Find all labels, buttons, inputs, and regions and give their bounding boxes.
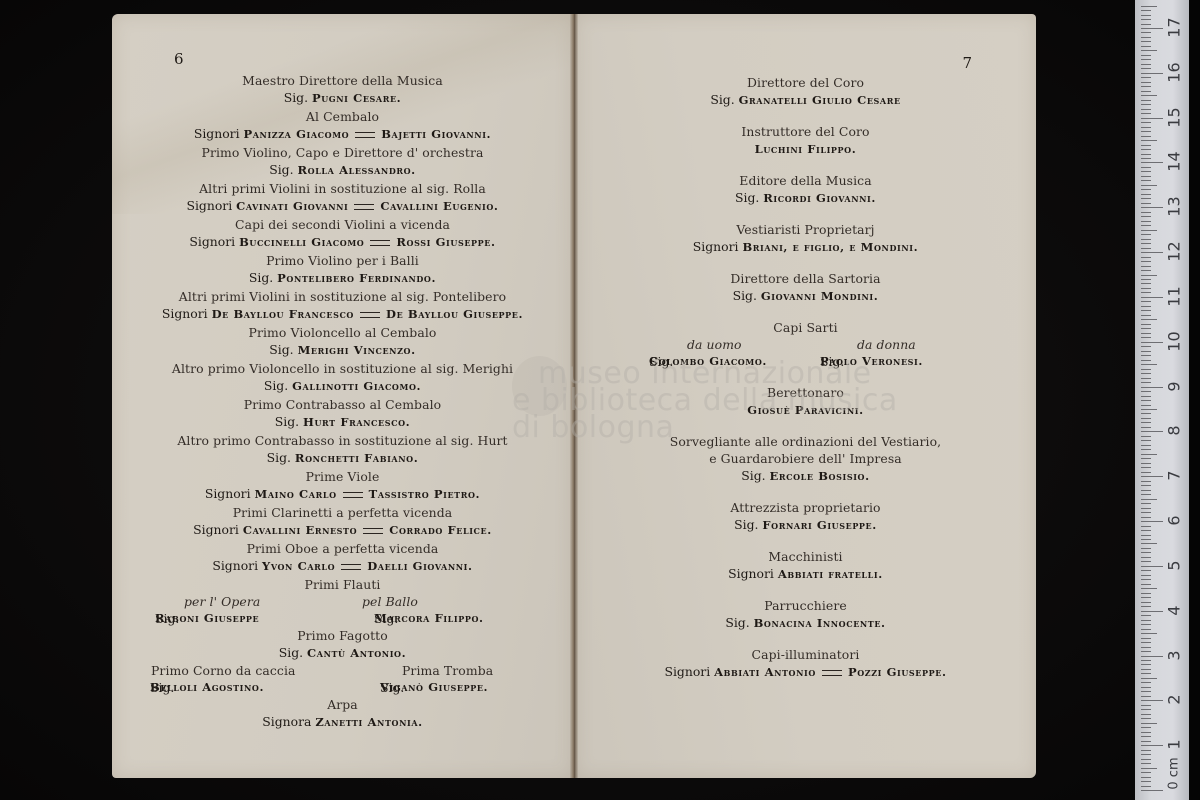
ruler-tick <box>1141 180 1151 181</box>
staff-role: Direttore del Coro <box>575 74 1036 91</box>
staff-entry: Capi dei secondi Violini a vicendaSignor… <box>112 216 573 251</box>
ruler-tick <box>1141 602 1151 603</box>
page-number: 7 <box>962 54 972 72</box>
ruler-tick <box>1141 136 1151 137</box>
ruler-tick <box>1141 279 1151 280</box>
ruler-tick <box>1141 239 1151 240</box>
staff-name-line: Signori Abbiati AntonioPozzi Giuseppe. <box>575 663 1036 681</box>
ruler-tick <box>1141 431 1163 432</box>
ruler-edge <box>1189 0 1200 800</box>
ruler-tick <box>1141 638 1151 639</box>
staff-name-line: Sig. Pugni Cesare. <box>112 89 573 107</box>
staff-name: Ricordi Giovanni. <box>763 191 876 205</box>
ruler-tick <box>1141 19 1151 20</box>
staff-name: Colombo Giacomo. <box>649 353 767 370</box>
staff-name: Pozzi Giuseppe. <box>848 665 947 679</box>
ruler-tick <box>1141 185 1157 186</box>
staff-role: Primo Fagotto <box>112 627 573 644</box>
ruler-tick <box>1141 543 1157 544</box>
ruler-tick <box>1141 162 1163 163</box>
staff-name-line: Signori Cavinati GiovanniCavallini Eugen… <box>112 197 573 215</box>
staff-name: Cantù Antonio. <box>307 646 406 660</box>
staff-entry: Primo Contrabasso al CembaloSig. Hurt Fr… <box>112 396 573 431</box>
ruler-tick <box>1141 485 1151 486</box>
staff-role: Altro primo Contrabasso in sostituzione … <box>112 432 573 449</box>
ruler-tick <box>1141 458 1151 459</box>
staff-name: Yvon Carlo <box>262 559 335 573</box>
staff-role: Attrezzista proprietario <box>575 499 1036 516</box>
ruler-tick <box>1141 131 1151 132</box>
ruler-tick <box>1141 436 1151 437</box>
staff-name-line: Sig. Merighi Vincenzo. <box>112 341 573 359</box>
ruler-tick <box>1141 682 1151 683</box>
ruler-tick <box>1141 77 1151 78</box>
ruler-tick <box>1141 59 1151 60</box>
staff-name: Luchini Filippo. <box>755 142 857 156</box>
double-dash-separator <box>363 528 383 534</box>
staff-name: Cavallini Eugenio. <box>380 199 498 213</box>
staff-name: Gallinotti Giacomo. <box>292 379 421 393</box>
ruler-tick <box>1141 539 1151 540</box>
ruler-tick <box>1141 127 1151 128</box>
ruler-tick <box>1141 301 1151 302</box>
staff-name: Panizza Giacomo <box>243 127 349 141</box>
staff-entry: Vestiaristi ProprietarjSignori Briani, e… <box>575 221 1036 256</box>
staff-name: Pontelibero Ferdinando. <box>277 271 436 285</box>
staff-role: Prime Viole <box>112 468 573 485</box>
ruler-tick <box>1141 68 1151 69</box>
staff-name-line: Sig. Pontelibero Ferdinando. <box>112 269 573 287</box>
staff-entry: Primo Violino per i BalliSig. Ponteliber… <box>112 252 573 287</box>
ruler-tick <box>1141 225 1151 226</box>
staff-name: Briani, e figlio, e Mondini. <box>742 240 918 254</box>
ruler-tick <box>1141 400 1151 401</box>
ruler-tick <box>1141 243 1151 244</box>
ruler-tick <box>1141 413 1151 414</box>
flute-labels-right: pel Ballo <box>362 593 418 610</box>
staff-name: De Bayllou Giuseppe. <box>386 307 523 321</box>
ruler-tick <box>1141 777 1151 778</box>
ruler-tick <box>1141 109 1151 110</box>
double-dash-separator <box>354 204 374 210</box>
name-prefix: Signori <box>162 306 212 321</box>
ruler-label: 13 <box>1165 196 1184 218</box>
ruler-tick <box>1141 360 1151 361</box>
ruler-tick <box>1141 207 1163 208</box>
ruler-tick <box>1141 319 1157 320</box>
ruler-tick <box>1141 167 1151 168</box>
staff-entry: Altro primo Contrabasso in sostituzione … <box>112 432 573 467</box>
ruler-tick <box>1141 526 1151 527</box>
ruler-tick <box>1141 723 1157 724</box>
staff-role: Berettonaro <box>575 384 1036 401</box>
ruler-tick <box>1141 427 1151 428</box>
staff-entry: Prime VioleSignori Maino CarloTassistro … <box>112 468 573 503</box>
ruler-tick <box>1141 409 1157 410</box>
staff-entry: Instruttore del CoroLuchini Filippo. <box>575 123 1036 158</box>
staff-name-line: Sig. Giovanni Mondini. <box>575 287 1036 305</box>
ruler-tick <box>1141 768 1157 769</box>
staff-name-line: Sig. Ronchetti Fabiano. <box>112 449 573 467</box>
ruler-label: 0 cm <box>1167 752 1182 796</box>
ruler-tick <box>1141 561 1151 562</box>
staff-entry: Primi Oboe a perfetta vicendaSignori Yvo… <box>112 540 573 575</box>
ruler-tick <box>1141 606 1151 607</box>
ruler-label: 2 <box>1165 689 1184 711</box>
staff-entry: Altro primo Violoncello in sostituzione … <box>112 360 573 395</box>
staff-role: Vestiaristi Proprietarj <box>575 221 1036 238</box>
ruler-tick <box>1141 32 1151 33</box>
staff-name-line: Signori Abbiati fratelli. <box>575 565 1036 583</box>
staff-role: Instruttore del Coro <box>575 123 1036 140</box>
flute-labels-left: per l' Opera <box>184 593 260 610</box>
staff-name-line: Signori Buccinelli GiacomoRossi Giuseppe… <box>112 233 573 251</box>
watermark-logo <box>512 356 567 416</box>
staff-name: Rolla Alessandro. <box>297 163 415 177</box>
staff-name: Paolo Veronesi. <box>820 353 923 370</box>
ruler-tick <box>1141 104 1151 105</box>
name-prefix: Sig. <box>267 450 295 465</box>
double-dash-separator <box>370 240 390 246</box>
ruler-tick <box>1141 387 1163 388</box>
ruler-tick <box>1141 212 1151 213</box>
ruler-tick <box>1141 324 1151 325</box>
ruler-tick <box>1141 315 1151 316</box>
ruler-tick <box>1141 759 1151 760</box>
ruler-tick <box>1141 176 1151 177</box>
tailor-labels-right: da donna <box>857 336 916 353</box>
double-dash-separator <box>360 312 380 318</box>
ruler-tick <box>1141 333 1151 334</box>
ruler-tick <box>1141 405 1151 406</box>
staff-role: Al Cembalo <box>112 108 573 125</box>
ruler-tick <box>1141 283 1151 284</box>
ruler-tick <box>1141 275 1157 276</box>
ruler-tick <box>1141 158 1151 159</box>
flute-labels: per l' Operapel Ballo <box>112 593 573 610</box>
staff-role: Capi-illuminatori <box>575 646 1036 663</box>
ruler-tick <box>1141 472 1151 473</box>
ruler-label: 15 <box>1165 106 1184 128</box>
staff-entry: Sorvegliante alle ordinazioni del Vestia… <box>575 433 1036 485</box>
ruler-tick <box>1141 194 1151 195</box>
staff-role: Primi Oboe a perfetta vicenda <box>112 540 573 557</box>
staff-entry: Capi Sartida uomoda donnaSig. Colombo Gi… <box>575 319 1036 370</box>
name-prefix: Signori <box>186 198 236 213</box>
ruler-tick <box>1141 624 1151 625</box>
ruler-tick <box>1141 673 1151 674</box>
staff-entry: Altri primi Violini in sostituzione al s… <box>112 180 573 215</box>
staff-role: Altri primi Violini in sostituzione al s… <box>112 180 573 197</box>
ruler-tick <box>1141 732 1151 733</box>
ruler-tick <box>1141 248 1151 249</box>
staff-name-line: Signora Zanetti Antonia. <box>112 713 573 731</box>
name-prefix: Sig. <box>735 190 763 205</box>
horn-trumpet-roles: Primo Corno da cacciaPrima Tromba <box>112 662 573 679</box>
name-prefix: Signora <box>262 714 315 729</box>
ruler-tick <box>1141 266 1151 267</box>
ruler-tick <box>1141 499 1157 500</box>
staff-role: Primo Contrabasso al Cembalo <box>112 396 573 413</box>
ruler-tick <box>1141 50 1157 51</box>
tailor-labels-left: da uomo <box>687 336 742 353</box>
ruler-tick <box>1141 709 1151 710</box>
ruler-tick <box>1141 745 1163 746</box>
staff-role: Parrucchiere <box>575 597 1036 614</box>
ruler-tick <box>1141 593 1151 594</box>
right-page: 7 Direttore del CoroSig. Granatelli Giul… <box>575 14 1036 778</box>
horn-trumpet-names: Sig. Belloli Agostino.Sig. Viganò Giusep… <box>112 679 573 696</box>
ruler-tick <box>1141 154 1151 155</box>
ruler-tick <box>1141 270 1151 271</box>
name-prefix: Signori <box>212 558 262 573</box>
ruler-tick <box>1141 463 1151 464</box>
ruler-tick <box>1141 6 1157 7</box>
staff-name: Hurt Francesco. <box>303 415 410 429</box>
ruler-label: 5 <box>1165 554 1184 576</box>
staff-entry: BerettonaroGiosuè Paravicini. <box>575 384 1036 419</box>
staff-entry: Capi-illuminatoriSignori Abbiati Antonio… <box>575 646 1036 681</box>
ruler-tick <box>1141 328 1151 329</box>
ruler-tick <box>1141 288 1151 289</box>
ruler-tick <box>1141 145 1151 146</box>
ruler-tick <box>1141 230 1157 231</box>
staff-name: Granatelli Giulio Cesare <box>739 93 901 107</box>
ruler-tick <box>1141 418 1151 419</box>
ruler-tick <box>1141 718 1151 719</box>
ruler-tick <box>1141 149 1151 150</box>
staff-name: Rossi Giuseppe. <box>396 235 495 249</box>
staff-entry: ParrucchiereSig. Bonacina Innocente. <box>575 597 1036 632</box>
name-prefix: Sig. <box>725 615 753 630</box>
ruler-tick <box>1141 140 1157 141</box>
left-page-staff-list: Maestro Direttore della MusicaSig. Pugni… <box>112 72 573 731</box>
name-prefix: Sig. <box>264 378 292 393</box>
name-prefix: Signori <box>194 126 244 141</box>
ruler-tick <box>1141 490 1151 491</box>
staff-role: Altri primi Violini in sostituzione al s… <box>112 288 573 305</box>
name-prefix: Sig. <box>284 90 312 105</box>
staff-name: Marcora Filippo. <box>374 610 484 627</box>
name-prefix: Signori <box>205 486 255 501</box>
staff-entry: Editore della MusicaSig. Ricordi Giovann… <box>575 172 1036 207</box>
ruler-tick <box>1141 548 1151 549</box>
staff-role: Capi Sarti <box>575 319 1036 336</box>
ruler-label: 4 <box>1165 599 1184 621</box>
left-page: 6 Maestro Direttore della MusicaSig. Pug… <box>112 14 573 778</box>
ruler-tick <box>1141 346 1151 347</box>
ruler-label: 6 <box>1165 510 1184 532</box>
ruler-tick <box>1141 454 1157 455</box>
staff-name: Daelli Giovanni. <box>367 559 472 573</box>
staff-name: Ronchetti Fabiano. <box>295 451 418 465</box>
staff-name-line: Sig. Bonacina Innocente. <box>575 614 1036 632</box>
ruler-tick <box>1141 660 1151 661</box>
ruler-tick <box>1141 221 1151 222</box>
staff-name: Abbiati fratelli. <box>778 567 883 581</box>
ruler-tick <box>1141 95 1157 96</box>
ruler-tick <box>1141 396 1151 397</box>
ruler-label: 7 <box>1165 465 1184 487</box>
staff-role: Capi dei secondi Violini a vicenda <box>112 216 573 233</box>
ruler-tick <box>1141 629 1151 630</box>
ruler-tick <box>1141 790 1163 791</box>
horn-trumpet-roles-right: Prima Tromba <box>402 662 493 679</box>
ruler-tick <box>1141 440 1151 441</box>
staff-name-line: Signori De Bayllou FrancescoDe Bayllou G… <box>112 305 573 323</box>
ruler-tick <box>1141 445 1151 446</box>
ruler-tick <box>1141 535 1151 536</box>
ruler-tick <box>1141 337 1151 338</box>
ruler-tick <box>1141 449 1151 450</box>
staff-name-line: Signori Maino CarloTassistro Pietro. <box>112 485 573 503</box>
ruler-tick <box>1141 633 1157 634</box>
staff-name-line: Sig. Hurt Francesco. <box>112 413 573 431</box>
ruler-tick <box>1141 741 1151 742</box>
staff-name: Ercole Bosisio. <box>770 469 870 483</box>
staff-role: Primo Violoncello al Cembalo <box>112 324 573 341</box>
ruler-tick <box>1141 118 1163 119</box>
staff-name: Abbiati Antonio <box>714 665 816 679</box>
staff-name-line: Signori Cavallini ErnestoCorrado Felice. <box>112 521 573 539</box>
ruler-tick <box>1141 763 1151 764</box>
staff-name-line: Sig. Ricordi Giovanni. <box>575 189 1036 207</box>
ruler-tick <box>1141 584 1151 585</box>
ruler-tick <box>1141 714 1151 715</box>
double-dash-separator <box>341 564 361 570</box>
staff-entry: Primo Violoncello al CembaloSig. Merighi… <box>112 324 573 359</box>
staff-role: Arpa <box>112 696 573 713</box>
staff-name-line: Sig. Fornari Giuseppe. <box>575 516 1036 534</box>
ruler-tick <box>1141 306 1151 307</box>
staff-name-line: Signori Panizza GiacomoBajetti Giovanni. <box>112 125 573 143</box>
staff-role: Editore della Musica <box>575 172 1036 189</box>
name-prefix: Sig. <box>269 342 297 357</box>
staff-entry: Primi Clarinetti a perfetta vicendaSigno… <box>112 504 573 539</box>
staff-name-line: Signori Yvon CarloDaelli Giovanni. <box>112 557 573 575</box>
staff-name-line: Sig. Gallinotti Giacomo. <box>112 377 573 395</box>
ruler-tick <box>1141 647 1151 648</box>
ruler-tick <box>1141 705 1151 706</box>
ruler-tick <box>1141 530 1151 531</box>
staff-name: Bonacina Innocente. <box>754 616 886 630</box>
staff-entry: Primo Violino, Capo e Direttore d' orche… <box>112 144 573 179</box>
ruler-tick <box>1141 382 1151 383</box>
double-dash-separator <box>355 132 375 138</box>
staff-name: Viganò Giuseppe. <box>380 679 488 696</box>
ruler-tick <box>1141 257 1151 258</box>
ruler-label: 14 <box>1165 151 1184 173</box>
staff-name: Cavinati Giovanni <box>236 199 348 213</box>
staff-name: Bajetti Giovanni. <box>381 127 491 141</box>
ruler-tick <box>1141 292 1151 293</box>
staff-role: Macchinisti <box>575 548 1036 565</box>
ruler-tick <box>1141 781 1151 782</box>
staff-name: Maino Carlo <box>254 487 336 501</box>
staff-name: Fornari Giuseppe. <box>762 518 876 532</box>
measuring-ruler: 0 cm1234567891011121314151617 <box>1135 0 1189 800</box>
staff-name: Raboni Giuseppe <box>155 610 259 627</box>
staff-name: Merighi Vincenzo. <box>298 343 416 357</box>
ruler-tick <box>1141 503 1151 504</box>
staff-role: Sorvegliante alle ordinazioni del Vestia… <box>575 433 1036 450</box>
name-prefix: Sig. <box>741 468 769 483</box>
ruler-tick <box>1141 216 1151 217</box>
staff-entry: Direttore del CoroSig. Granatelli Giulio… <box>575 74 1036 109</box>
ruler-tick <box>1141 373 1151 374</box>
ruler-tick <box>1141 552 1151 553</box>
ruler-tick <box>1141 696 1151 697</box>
staff-name: Corrado Felice. <box>389 523 492 537</box>
staff-name-line: Sig. Rolla Alessandro. <box>112 161 573 179</box>
name-prefix: Sig. <box>734 517 762 532</box>
name-prefix: Sig. <box>249 270 277 285</box>
ruler-tick <box>1141 467 1151 468</box>
ruler-tick <box>1141 678 1157 679</box>
ruler-label: 11 <box>1165 285 1184 307</box>
ruler-tick <box>1141 615 1151 616</box>
staff-name: Tassistro Pietro. <box>369 487 481 501</box>
ruler-tick <box>1141 481 1151 482</box>
ruler-tick <box>1141 46 1151 47</box>
staff-name-line: Sig. Cantù Antonio. <box>112 644 573 662</box>
ruler-tick <box>1141 28 1163 29</box>
double-dash-separator <box>343 492 363 498</box>
ruler-tick <box>1141 687 1151 688</box>
ruler-tick <box>1141 122 1151 123</box>
name-prefix: Sig. <box>279 645 307 660</box>
ruler-tick <box>1141 64 1151 65</box>
name-prefix: Sig. <box>269 162 297 177</box>
ruler-label: 3 <box>1165 644 1184 666</box>
ruler-tick <box>1141 234 1151 235</box>
ruler-label: 10 <box>1165 330 1184 352</box>
staff-role: Direttore della Sartoria <box>575 270 1036 287</box>
ruler-tick <box>1141 10 1151 11</box>
flute-names: Sig. Raboni GiuseppeSig. Marcora Filippo… <box>112 610 573 627</box>
ruler-tick <box>1141 189 1151 190</box>
ruler-tick <box>1141 651 1151 652</box>
ruler-tick <box>1141 750 1151 751</box>
name-prefix: Signori <box>189 234 239 249</box>
staff-name: Buccinelli Giacomo <box>239 235 364 249</box>
ruler-tick <box>1141 517 1151 518</box>
ruler-tick <box>1141 772 1151 773</box>
ruler-tick <box>1141 557 1151 558</box>
ruler-label: 17 <box>1165 17 1184 39</box>
double-dash-separator <box>822 670 842 676</box>
ruler-tick <box>1141 171 1151 172</box>
staff-name-line: Giosuè Paravicini. <box>575 401 1036 419</box>
ruler-tick <box>1141 521 1163 522</box>
staff-entry: Maestro Direttore della MusicaSig. Pugni… <box>112 72 573 107</box>
ruler-tick <box>1141 355 1151 356</box>
name-prefix: Signori <box>664 664 714 679</box>
staff-role: Altro primo Violoncello in sostituzione … <box>112 360 573 377</box>
ruler-tick <box>1141 203 1151 204</box>
ruler-tick <box>1141 620 1151 621</box>
ruler-tick <box>1141 15 1151 16</box>
page-number: 6 <box>174 50 184 68</box>
ruler-tick <box>1141 508 1151 509</box>
ruler-tick <box>1141 494 1151 495</box>
ruler-tick <box>1141 297 1163 298</box>
staff-name: De Bayllou Francesco <box>212 307 354 321</box>
staff-name-line: Signori Briani, e figlio, e Mondini. <box>575 238 1036 256</box>
staff-name: Giovanni Mondini. <box>761 289 879 303</box>
staff-role: Primi Flauti <box>112 576 573 593</box>
ruler-tick <box>1141 310 1151 311</box>
